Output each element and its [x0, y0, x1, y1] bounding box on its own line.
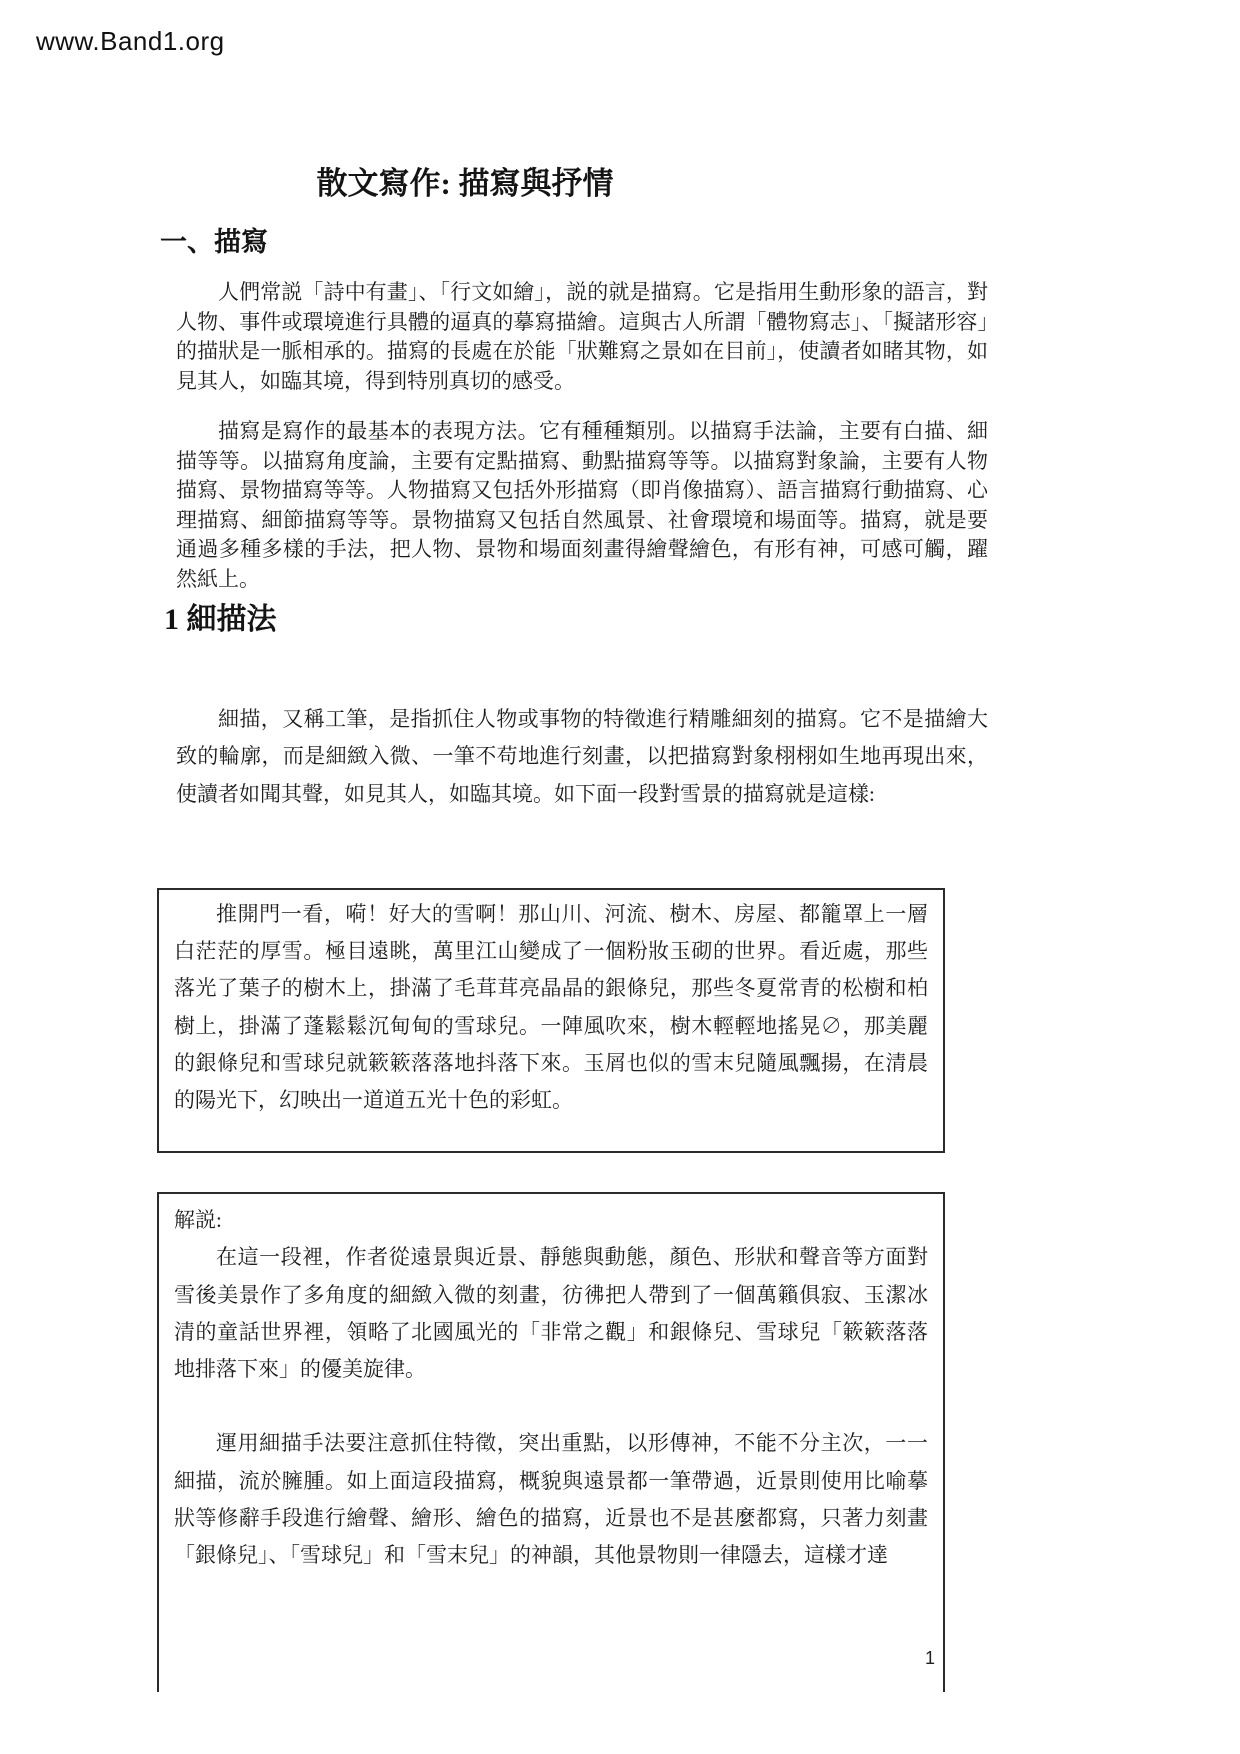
- page-number: 1: [925, 1648, 935, 1669]
- commentary-box: 解説: 在這一段裡，作者從遠景與近景、靜態與動態，顏色、形狀和聲音等方面對雪後美…: [157, 1192, 945, 1692]
- document-page: www.Band1.org 散文寫作: 描寫與抒情 一、描寫 人們常説「詩中有畫…: [0, 0, 1240, 1754]
- site-url-header: www.Band1.org: [36, 26, 225, 57]
- commentary-label: 解説:: [174, 1202, 928, 1239]
- paragraph-ximiao-intro: 細描，又稱工筆，是指抓住人物或事物的特徵進行精雕細刻的描寫。它不是描繪大致的輪廓…: [176, 701, 988, 813]
- snow-example-text: 推開門一看，嗬！好大的雪啊！那山川、河流、樹木、房屋、都籠罩上一層白茫茫的厚雪。…: [174, 896, 928, 1119]
- document-title: 散文寫作: 描寫與抒情: [0, 158, 930, 203]
- commentary-paragraph-2: 運用細描手法要注意抓住特徵，突出重點，以形傳神，不能不分主次，一一細描，流於臃腫…: [174, 1425, 928, 1574]
- paragraph-miaoxie-types: 描寫是寫作的最基本的表現方法。它有種種類別。以描寫手法論，主要有白描、細描等等。…: [176, 417, 988, 594]
- section-heading-ximiaofa: 1 細描法: [164, 594, 277, 638]
- snow-example-box: 推開門一看，嗬！好大的雪啊！那山川、河流、樹木、房屋、都籠罩上一層白茫茫的厚雪。…: [157, 888, 945, 1153]
- paragraph-miaoxie-intro: 人們常説「詩中有畫」、「行文如繪」，説的就是描寫。它是指用生動形象的語言，對人物…: [176, 278, 988, 396]
- section-heading-miaoxie: 一、描寫: [160, 220, 268, 259]
- commentary-paragraph-1: 在這一段裡，作者從遠景與近景、靜態與動態，顏色、形狀和聲音等方面對雪後美景作了多…: [174, 1239, 928, 1388]
